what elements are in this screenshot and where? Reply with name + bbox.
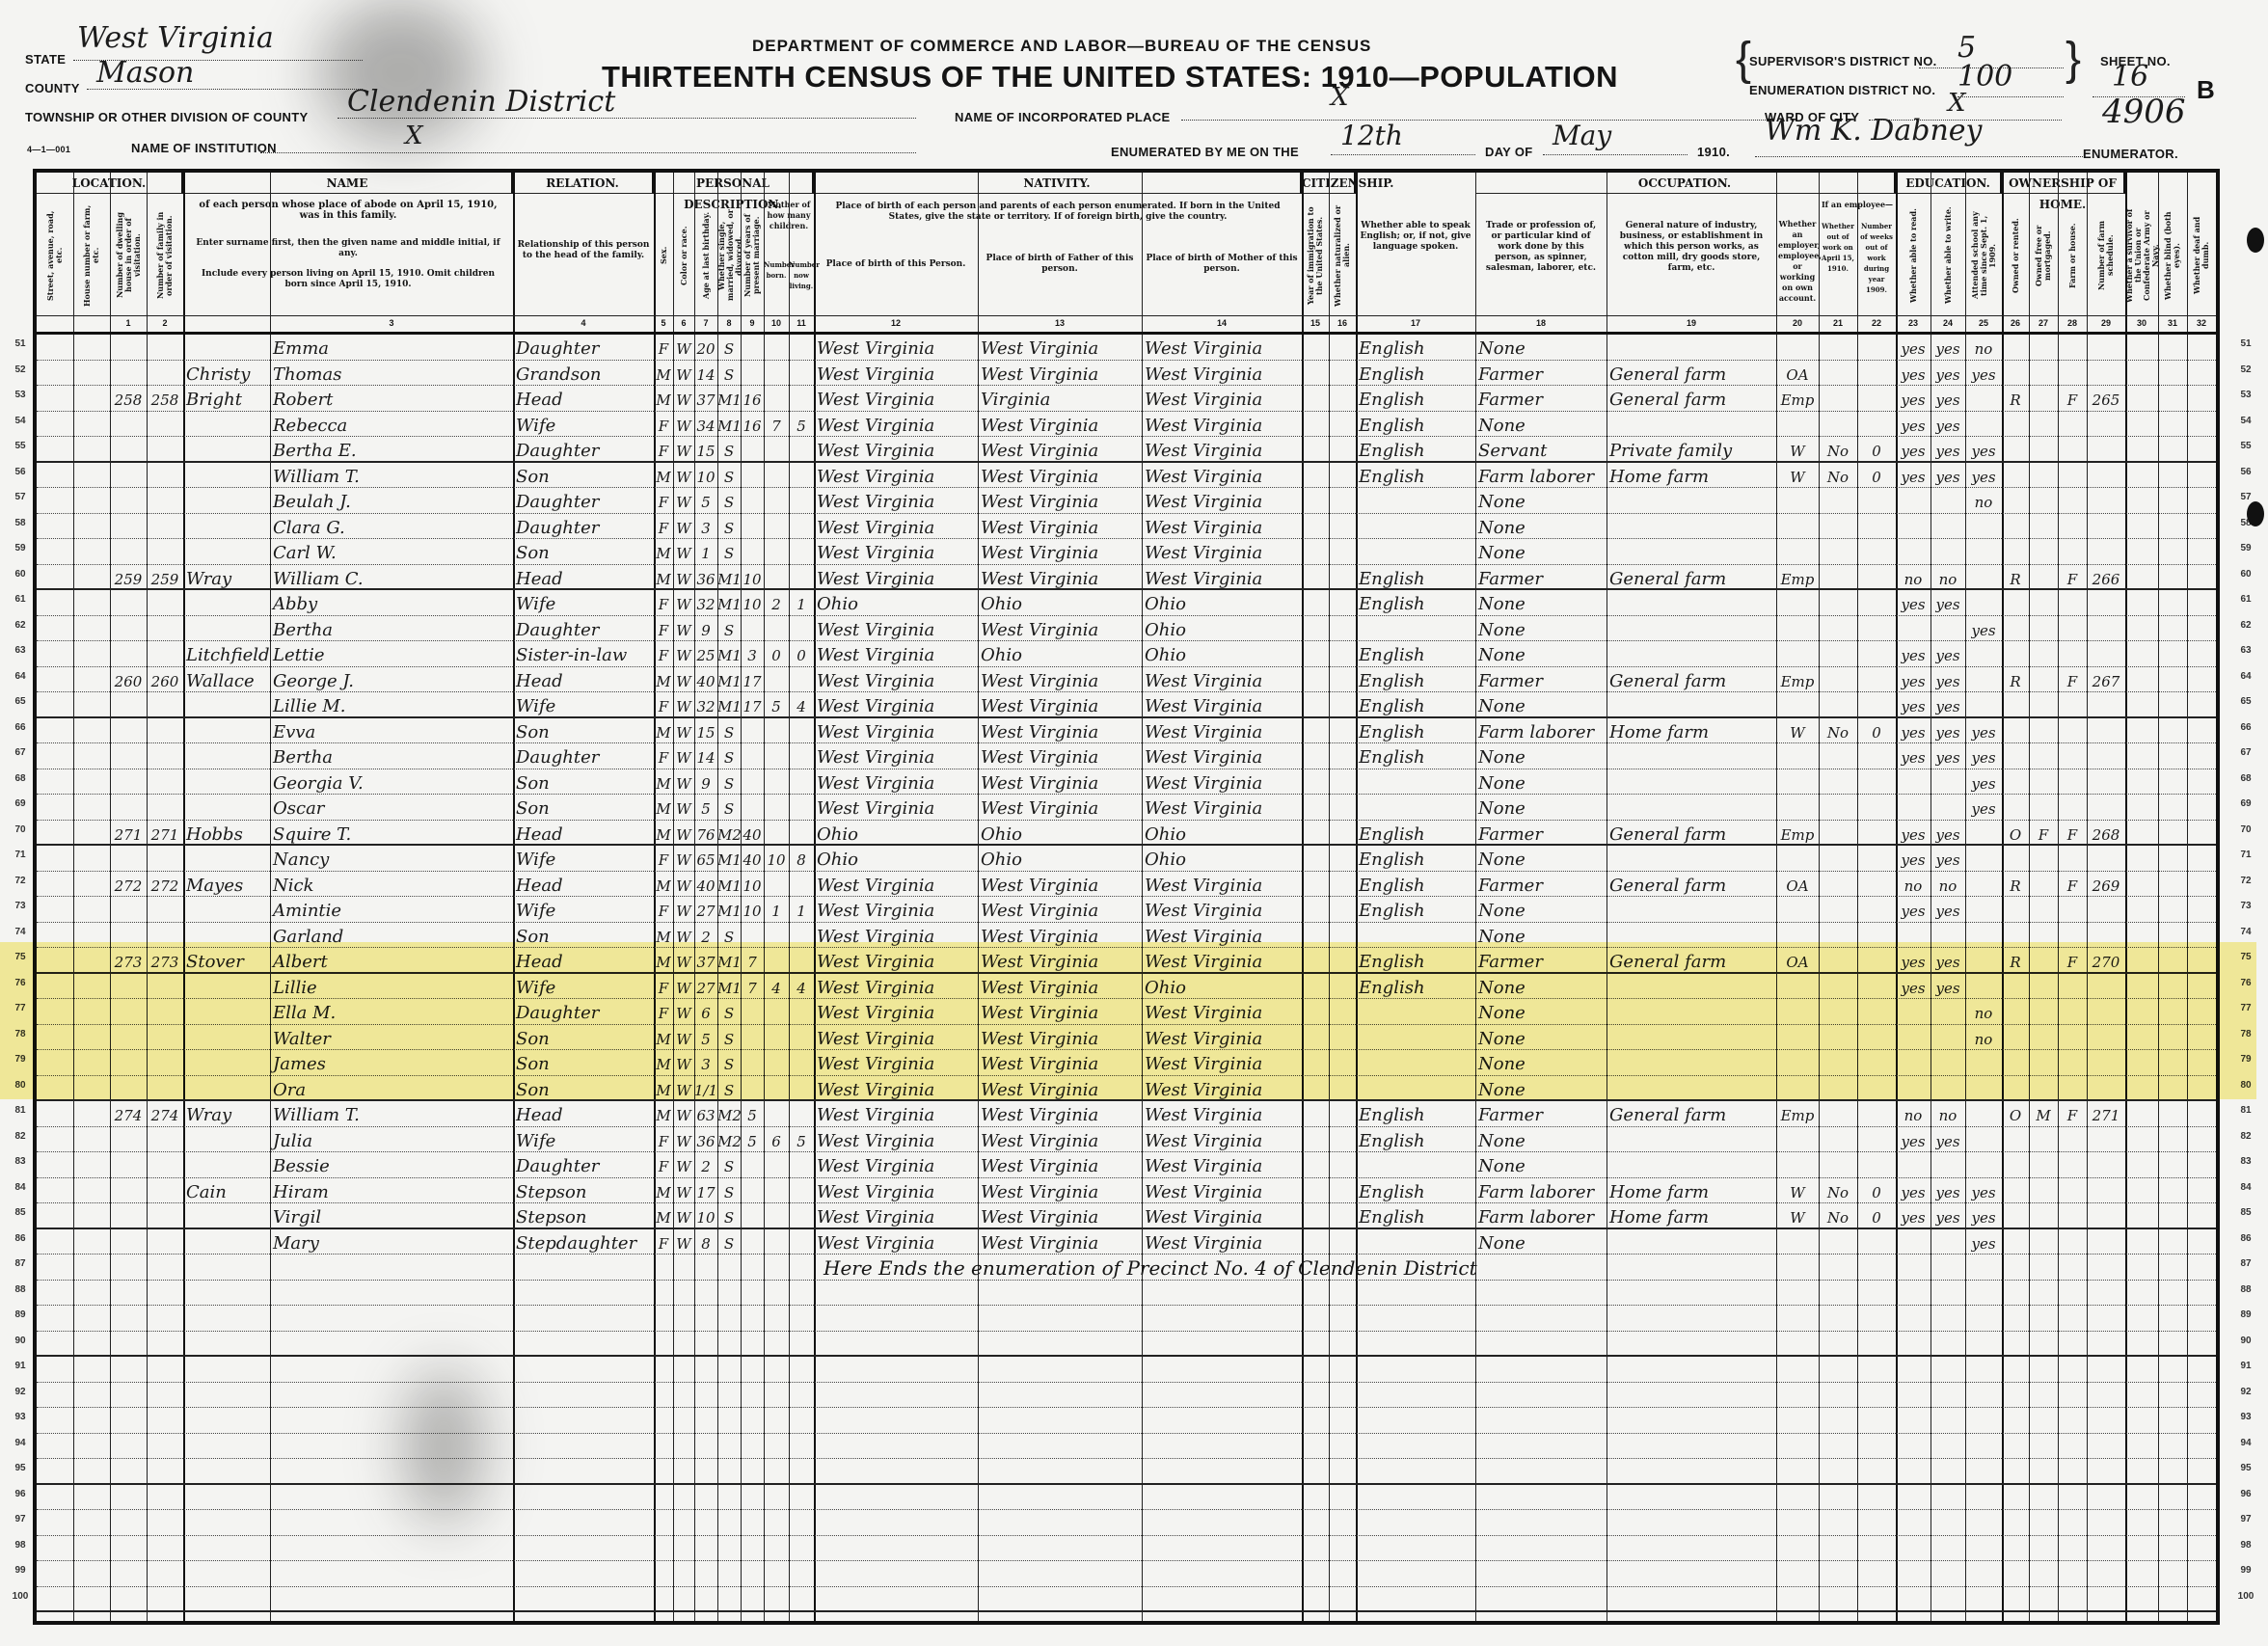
group-header-personal: PERSONAL DESCRIPTION. [654, 173, 814, 194]
cell-age: 10 [694, 1203, 717, 1228]
line-number: 62 [8, 620, 33, 631]
cell-yrs: 16 [741, 412, 764, 437]
line-number: 65 [2233, 696, 2258, 707]
cell-fam: 258 [147, 386, 183, 411]
table-row: 259259WrayWilliam C.HeadMW36M110West Vir… [37, 565, 2216, 591]
line-number: 71 [8, 850, 33, 860]
line-number: 86 [2233, 1233, 2258, 1244]
line-number: 97 [8, 1514, 33, 1525]
cell-ms: S [717, 361, 741, 386]
line-number: 94 [2233, 1438, 2258, 1448]
cell-ind: General farm [1606, 667, 1776, 692]
cell-sex: F [654, 514, 673, 539]
cell-ms: M2 [717, 821, 741, 846]
cell-age: 25 [694, 641, 717, 666]
cell-bpf: West Virginia [978, 361, 1142, 386]
cell-dw: 260 [110, 667, 147, 692]
cell-emp: Emp [1776, 565, 1819, 590]
cell-write: yes [1930, 361, 1965, 386]
cell-age: 17 [694, 1178, 717, 1203]
cell-sched: 270 [2087, 948, 2125, 973]
cell-race: W [673, 974, 694, 999]
line-number: 63 [2233, 645, 2258, 656]
line-number: 64 [2233, 671, 2258, 682]
cell-ind: Home farm [1606, 1203, 1776, 1228]
cell-trade: Farm laborer [1475, 718, 1606, 743]
column-number: 4 [513, 318, 654, 328]
cell-bpm: West Virginia [1142, 948, 1302, 973]
line-number: 64 [8, 671, 33, 682]
cell-race: W [673, 769, 694, 795]
cell-read: yes [1896, 1127, 1930, 1152]
cell-eng: English [1356, 412, 1475, 437]
cell-write: yes [1930, 463, 1965, 488]
cell-eng: English [1356, 1178, 1475, 1203]
cell-race: W [673, 743, 694, 769]
table-row: 260260WallaceGeorge J.HeadMW40M117West V… [37, 667, 2216, 693]
cell-dw: 271 [110, 821, 147, 846]
table-row: Beulah J.DaughterFW5SWest VirginiaWest V… [37, 488, 2216, 514]
line-number: 88 [2233, 1284, 2258, 1295]
cell-own: R [2002, 948, 2029, 973]
line-number: 95 [2233, 1463, 2258, 1473]
cell-bpf: West Virginia [978, 514, 1142, 539]
column-header: Age at last birthday. [694, 202, 717, 310]
cell-sex: M [654, 1203, 673, 1228]
cell-free: F [2029, 821, 2058, 846]
cell-sex: M [654, 539, 673, 564]
cell-rel: Son [513, 795, 654, 820]
cell-age: 2 [694, 1152, 717, 1177]
line-number: 87 [8, 1258, 33, 1269]
cell-bpf: West Virginia [978, 999, 1142, 1024]
table-row [37, 1408, 2216, 1434]
cell-read: no [1896, 1101, 1930, 1126]
cell-read: yes [1896, 846, 1930, 871]
line-number: 77 [8, 1003, 33, 1013]
cell-rel: Head [513, 948, 654, 973]
cell-bpf: Ohio [978, 590, 1142, 615]
cell-surname: Wray [183, 1101, 270, 1126]
cell-write: yes [1930, 386, 1965, 411]
cell-trade: Farmer [1475, 565, 1606, 590]
cell-dw: 259 [110, 565, 147, 590]
cell-write: yes [1930, 1178, 1965, 1203]
cell-rel: Daughter [513, 616, 654, 641]
cell-out: No [1819, 718, 1857, 743]
cell-out: No [1819, 1203, 1857, 1228]
cell-rel: Wife [513, 974, 654, 999]
line-number: 54 [2233, 416, 2258, 426]
cell-rel: Head [513, 565, 654, 590]
table-row [37, 1357, 2216, 1383]
cell-trade: Farmer [1475, 821, 1606, 846]
line-number: 96 [8, 1489, 33, 1499]
line-number: 55 [2233, 441, 2258, 451]
cell-race: W [673, 1025, 694, 1050]
cell-bpf: West Virginia [978, 872, 1142, 897]
cell-bpf: West Virginia [978, 616, 1142, 641]
cell-given: Squire T. [270, 821, 513, 846]
month-underline [1543, 154, 1687, 155]
cell-dw: 258 [110, 386, 147, 411]
cell-race: W [673, 872, 694, 897]
sheet-side: B [2197, 75, 2215, 105]
cell-age: 27 [694, 974, 717, 999]
cell-fam: 271 [147, 821, 183, 846]
cell-given: James [270, 1050, 513, 1075]
line-number: 75 [2233, 952, 2258, 962]
name-instruction: Enter surname first, then the given name… [191, 238, 505, 259]
table-row: JamesSonMW3SWest VirginiaWest VirginiaWe… [37, 1050, 2216, 1076]
line-number: 68 [8, 773, 33, 784]
punch-hole [2247, 501, 2264, 526]
column-number: 27 [2029, 318, 2058, 328]
county-underline [87, 89, 363, 90]
cell-age: 5 [694, 1025, 717, 1050]
cell-bpf: West Virginia [978, 1076, 1142, 1101]
cell-eng: English [1356, 361, 1475, 386]
line-number: 73 [8, 901, 33, 911]
name-description: of each person whose place of abode on A… [191, 200, 505, 221]
institution-underline [260, 152, 916, 153]
cell-ms: S [717, 616, 741, 641]
cell-bpf: West Virginia [978, 692, 1142, 717]
cell-eng: English [1356, 948, 1475, 973]
cell-emp: Emp [1776, 667, 1819, 692]
line-number: 79 [2233, 1054, 2258, 1065]
cell-bp: West Virginia [814, 488, 978, 513]
cell-fh: F [2058, 667, 2087, 692]
cell-yrs: 17 [741, 667, 764, 692]
cell-surname: Wallace [183, 667, 270, 692]
cell-sex: F [654, 692, 673, 717]
line-number: 98 [2233, 1540, 2258, 1551]
cell-race: W [673, 821, 694, 846]
cell-age: 40 [694, 667, 717, 692]
cell-bpf: West Virginia [978, 667, 1142, 692]
form-code: 4—1—001 [27, 145, 70, 154]
cell-race: W [673, 795, 694, 820]
cell-bp: West Virginia [814, 743, 978, 769]
cell-trade: Farmer [1475, 1101, 1606, 1126]
line-number: 53 [8, 390, 33, 400]
cell-yrs: 16 [741, 386, 764, 411]
line-number: 95 [8, 1463, 33, 1473]
cell-bpf: West Virginia [978, 539, 1142, 564]
cell-bp: West Virginia [814, 1203, 978, 1228]
end-of-enumeration-note: Here Ends the enumeration of Precinct No… [823, 1256, 1477, 1280]
line-number: 56 [2233, 467, 2258, 477]
column-header: Whether naturalized or alien. [1329, 202, 1356, 310]
cell-given: Rebecca [270, 412, 513, 437]
cell-bpf: West Virginia [978, 974, 1142, 999]
cell-bpm: West Virginia [1142, 412, 1302, 437]
institution-label: NAME OF INSTITUTION [131, 141, 277, 155]
line-number: 68 [2233, 773, 2258, 784]
table-row: 273273StoverAlbertHeadMW37M17West Virgin… [37, 948, 2216, 974]
cell-living: 5 [789, 1127, 814, 1152]
cell-yrs: 10 [741, 565, 764, 590]
cell-race: W [673, 999, 694, 1024]
state-label: STATE [25, 52, 66, 67]
township-underline [337, 118, 916, 119]
column-number: 17 [1356, 318, 1475, 328]
cell-race: W [673, 1152, 694, 1177]
column-number: 1 [110, 318, 147, 328]
cell-write: yes [1930, 667, 1965, 692]
cell-eng: English [1356, 463, 1475, 488]
cell-bp: West Virginia [814, 565, 978, 590]
line-number: 69 [2233, 798, 2258, 809]
cell-bp: West Virginia [814, 386, 978, 411]
cell-sex: M [654, 1101, 673, 1126]
table-row [37, 1536, 2216, 1562]
cell-age: 1 [694, 539, 717, 564]
cell-trade: None [1475, 412, 1606, 437]
cell-yrs: 10 [741, 872, 764, 897]
cell-race: W [673, 897, 694, 922]
group-header-occupation: OCCUPATION. [1475, 173, 1896, 194]
cell-read: yes [1896, 412, 1930, 437]
cell-ms: S [717, 437, 741, 462]
cell-bp: West Virginia [814, 872, 978, 897]
cell-living: 5 [789, 412, 814, 437]
column-number: 25 [1965, 318, 2002, 328]
trade-header: Trade or profession of, or particular ki… [1479, 221, 1603, 274]
cell-school: no [1965, 488, 2002, 513]
cell-fam: 272 [147, 872, 183, 897]
cell-eng: English [1356, 743, 1475, 769]
cell-write: yes [1930, 718, 1965, 743]
line-number: 89 [2233, 1309, 2258, 1320]
cell-age: 32 [694, 590, 717, 615]
cell-read: no [1896, 565, 1930, 590]
cell-race: W [673, 1178, 694, 1203]
cell-yrs: 7 [741, 974, 764, 999]
cell-ms: S [717, 769, 741, 795]
line-number: 83 [8, 1156, 33, 1167]
cell-emp: W [1776, 463, 1819, 488]
birth-mother-header: Place of birth of Mother of this person. [1146, 254, 1298, 275]
cell-race: W [673, 386, 694, 411]
cell-write: yes [1930, 846, 1965, 871]
table-row: Bertha E.DaughterFW15SWest VirginiaWest … [37, 437, 2216, 463]
cell-ms: S [717, 718, 741, 743]
cell-sex: M [654, 769, 673, 795]
line-number: 65 [8, 696, 33, 707]
cell-sex: F [654, 1152, 673, 1177]
cell-race: W [673, 692, 694, 717]
cell-bpm: Ohio [1142, 846, 1302, 871]
cell-trade: None [1475, 1152, 1606, 1177]
cell-read: yes [1896, 386, 1930, 411]
cell-read: yes [1896, 692, 1930, 717]
cell-bpm: West Virginia [1142, 718, 1302, 743]
cell-ms: S [717, 463, 741, 488]
cell-age: 8 [694, 1229, 717, 1255]
cell-bp: West Virginia [814, 1178, 978, 1203]
cell-bp: West Virginia [814, 999, 978, 1024]
cell-age: 10 [694, 463, 717, 488]
cell-rel: Son [513, 463, 654, 488]
cell-trade: Farmer [1475, 872, 1606, 897]
cell-rel: Wife [513, 590, 654, 615]
cell-trade: None [1475, 539, 1606, 564]
cell-sex: F [654, 412, 673, 437]
cell-bpm: West Virginia [1142, 1229, 1302, 1255]
cell-rel: Stepson [513, 1203, 654, 1228]
table-row [37, 1587, 2216, 1613]
cell-bpm: Ohio [1142, 590, 1302, 615]
cell-emp: W [1776, 437, 1819, 462]
cell-write: yes [1930, 948, 1965, 973]
cell-yrs: 10 [741, 590, 764, 615]
cell-ms: S [717, 514, 741, 539]
cell-bpf: Ohio [978, 821, 1142, 846]
cell-sex: F [654, 437, 673, 462]
cell-ind: General farm [1606, 386, 1776, 411]
cell-sched: 265 [2087, 386, 2125, 411]
cell-age: 3 [694, 1050, 717, 1075]
cell-rel: Daughter [513, 999, 654, 1024]
cell-given: Bessie [270, 1152, 513, 1177]
cell-read: yes [1896, 821, 1930, 846]
cell-school: yes [1965, 616, 2002, 641]
cell-bpm: Ohio [1142, 821, 1302, 846]
cell-sched: 267 [2087, 667, 2125, 692]
cell-ms: S [717, 539, 741, 564]
line-number: 60 [8, 569, 33, 580]
cell-school: no [1965, 999, 2002, 1024]
cell-bpm: West Virginia [1142, 1050, 1302, 1075]
cell-given: Walter [270, 1025, 513, 1050]
cell-eng: English [1356, 667, 1475, 692]
birth-person-header: Place of birth of this Person. [818, 259, 974, 270]
cell-ms: S [717, 1025, 741, 1050]
name-instruction: Include every person living on April 15,… [191, 269, 505, 290]
cell-age: 40 [694, 872, 717, 897]
cell-bpf: West Virginia [978, 1127, 1142, 1152]
cell-living: 4 [789, 974, 814, 999]
table-row: WalterSonMW5SWest VirginiaWest VirginiaW… [37, 1025, 2216, 1051]
cell-trade: None [1475, 743, 1606, 769]
line-number: 59 [2233, 543, 2258, 553]
line-number: 52 [2233, 364, 2258, 375]
sheet-brace: } [2065, 37, 2081, 83]
cell-bpm: West Virginia [1142, 361, 1302, 386]
cell-ms: M1 [717, 565, 741, 590]
column-header: Whether single, married, widowed, or div… [717, 202, 741, 310]
line-number: 88 [8, 1284, 33, 1295]
line-number: 78 [2233, 1029, 2258, 1039]
cell-given: Emma [270, 335, 513, 360]
table-row: LitchfieldLettieSister-in-lawFW25M1300We… [37, 641, 2216, 667]
cell-race: W [673, 1076, 694, 1101]
cell-bpf: West Virginia [978, 1101, 1142, 1126]
incorporated-underline [1181, 120, 1769, 121]
line-number: 66 [2233, 722, 2258, 733]
cell-given: Mary [270, 1229, 513, 1255]
department-title: DEPARTMENT OF COMMERCE AND LABOR—BUREAU … [752, 37, 1371, 56]
cell-dw: 274 [110, 1101, 147, 1126]
cell-trade: Farm laborer [1475, 463, 1606, 488]
column-number: 16 [1329, 318, 1356, 328]
cell-trade: None [1475, 999, 1606, 1024]
cell-school: yes [1965, 743, 2002, 769]
cell-bp: West Virginia [814, 1101, 978, 1126]
sheet-no: 16 [2112, 60, 2148, 94]
table-row: GarlandSonMW2SWest VirginiaWest Virginia… [37, 923, 2216, 949]
column-number: 28 [2058, 318, 2087, 328]
cell-bp: Ohio [814, 590, 978, 615]
cell-read: yes [1896, 1203, 1930, 1228]
cell-bp: West Virginia [814, 923, 978, 948]
cell-eng: English [1356, 565, 1475, 590]
cell-bpm: West Virginia [1142, 743, 1302, 769]
cell-age: 36 [694, 565, 717, 590]
cell-school: yes [1965, 361, 2002, 386]
cell-write: no [1930, 1101, 1965, 1126]
cell-fam: 273 [147, 948, 183, 973]
cell-age: 63 [694, 1101, 717, 1126]
line-number: 56 [8, 467, 33, 477]
cell-bpf: West Virginia [978, 463, 1142, 488]
cell-eng: English [1356, 821, 1475, 846]
cell-bpf: West Virginia [978, 437, 1142, 462]
cell-emp: OA [1776, 361, 1819, 386]
county-label: COUNTY [25, 81, 80, 95]
cell-age: 32 [694, 692, 717, 717]
column-header: Year of immigration to the United States… [1302, 202, 1329, 310]
cell-ms: M2 [717, 1127, 741, 1152]
cell-trade: Farmer [1475, 386, 1606, 411]
cell-emp: Emp [1776, 821, 1819, 846]
line-number: 78 [8, 1029, 33, 1039]
line-number: 82 [8, 1131, 33, 1142]
table-row: NancyWifeFW65M140108OhioOhioOhioEnglishN… [37, 846, 2216, 872]
column-header: Whether blind (both eyes). [2158, 202, 2187, 310]
cell-bp: West Virginia [814, 437, 978, 462]
column-number: 7 [694, 318, 717, 328]
line-number: 53 [2233, 390, 2258, 400]
table-row: LillieWifeFW27M1744West VirginiaWest Vir… [37, 974, 2216, 1000]
cell-write: yes [1930, 821, 1965, 846]
line-number: 99 [2233, 1565, 2258, 1576]
cell-own: R [2002, 667, 2029, 692]
table-row: OraSonMW1/12SWest VirginiaWest VirginiaW… [37, 1076, 2216, 1102]
cell-emp: Emp [1776, 1101, 1819, 1126]
cell-born: 5 [764, 692, 789, 717]
cell-write: yes [1930, 641, 1965, 666]
cell-age: 34 [694, 412, 717, 437]
cell-trade: None [1475, 923, 1606, 948]
cell-read: yes [1896, 667, 1930, 692]
column-number: 22 [1857, 318, 1896, 328]
cell-age: 27 [694, 897, 717, 922]
cell-rel: Wife [513, 846, 654, 871]
cell-read: yes [1896, 897, 1930, 922]
cell-race: W [673, 1050, 694, 1075]
line-number: 70 [2233, 824, 2258, 835]
column-header: Number of dwelling house in order of vis… [110, 202, 147, 310]
cell-trade: None [1475, 897, 1606, 922]
line-number: 82 [2233, 1131, 2258, 1142]
enumerator-underline [1755, 156, 2083, 157]
table-row: JuliaWifeFW36M2565West VirginiaWest Virg… [37, 1127, 2216, 1153]
cell-given: Thomas [270, 361, 513, 386]
cell-rel: Daughter [513, 514, 654, 539]
